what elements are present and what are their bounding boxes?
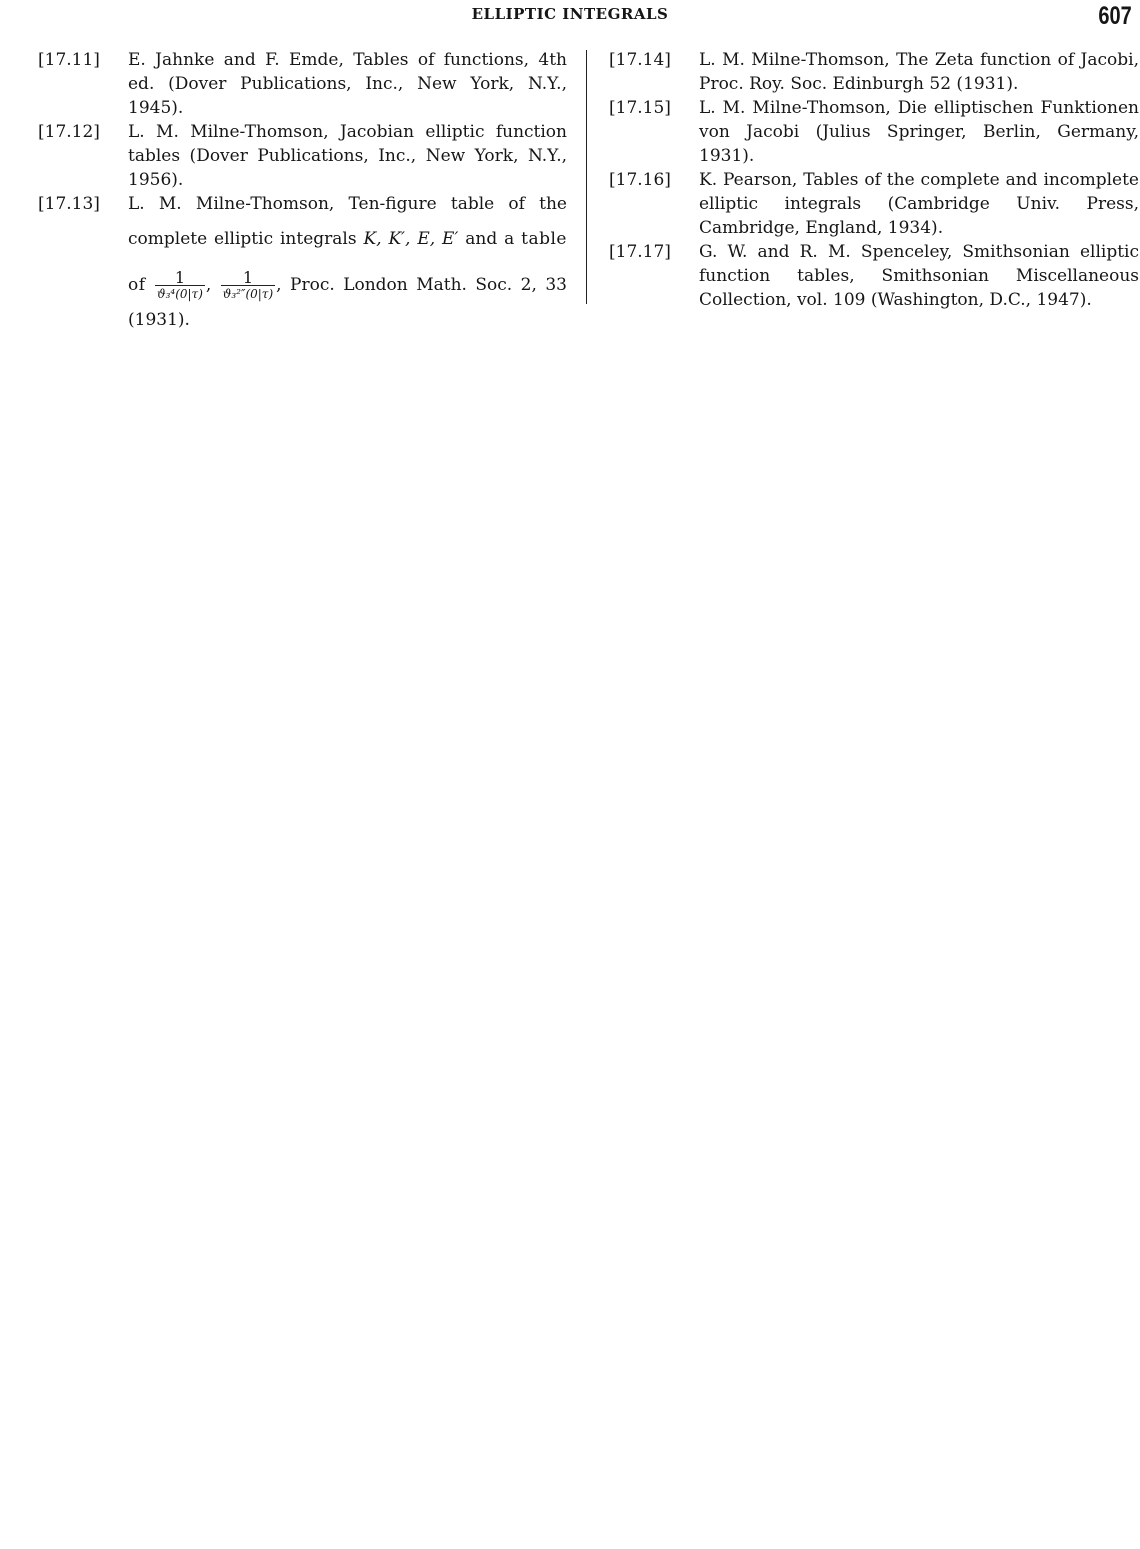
reference-17-13: [17.13] L. M. Milne-Thomson, Ten-figure … bbox=[38, 192, 567, 332]
running-header: ELLIPTIC INTEGRALS 607 bbox=[0, 2, 1140, 32]
running-title: ELLIPTIC INTEGRALS bbox=[0, 5, 1140, 23]
column-divider bbox=[586, 50, 587, 304]
reference-text: K. Pearson, Tables of the complete and i… bbox=[699, 168, 1139, 240]
reference-column-right: [17.14] L. M. Milne-Thomson, The Zeta fu… bbox=[609, 48, 1139, 312]
reference-tag: [17.13] bbox=[38, 192, 100, 216]
reference-text: L. M. Milne-Thomson, Die elliptischen Fu… bbox=[699, 96, 1139, 168]
fraction-denominator: ϑ₃⁴(0|τ) bbox=[155, 286, 205, 301]
reference-text: L. M. Milne-Thomson, Jacobian elliptic f… bbox=[128, 120, 567, 192]
reference-tag: [17.16] bbox=[609, 168, 671, 192]
fraction-numerator: 1 bbox=[155, 271, 205, 286]
reference-tag: [17.17] bbox=[609, 240, 671, 264]
reference-text-and-a: and a bbox=[465, 229, 514, 249]
reference-text: L. M. Milne-Thomson, Ten-figure table of… bbox=[128, 192, 567, 332]
reference-tag: [17.15] bbox=[609, 96, 671, 120]
reference-column-left: [17.11] E. Jahnke and F. Emde, Tables of… bbox=[38, 48, 567, 332]
reference-tag: [17.14] bbox=[609, 48, 671, 72]
reference-17-14: [17.14] L. M. Milne-Thomson, The Zeta fu… bbox=[609, 48, 1139, 96]
reference-17-16: [17.16] K. Pearson, Tables of the comple… bbox=[609, 168, 1139, 240]
reference-17-12: [17.12] L. M. Milne-Thomson, Jacobian el… bbox=[38, 120, 567, 192]
reference-text: L. M. Milne-Thomson, The Zeta function o… bbox=[699, 48, 1139, 96]
fraction-denominator: ϑ₃²″(0|τ) bbox=[221, 286, 275, 301]
reference-17-17: [17.17] G. W. and R. M. Spenceley, Smith… bbox=[609, 240, 1139, 312]
fraction-theta-2: 1 ϑ₃²″(0|τ) bbox=[221, 271, 275, 301]
fraction-theta-1: 1 ϑ₃⁴(0|τ) bbox=[155, 271, 205, 301]
reference-text: E. Jahnke and F. Emde, Tables of functio… bbox=[128, 48, 567, 120]
page-number: 607 bbox=[1099, 2, 1132, 31]
math-symbols: K, K′, E, E′ bbox=[363, 229, 458, 249]
fraction-numerator: 1 bbox=[221, 271, 275, 286]
reference-17-15: [17.15] L. M. Milne-Thomson, Die ellipti… bbox=[609, 96, 1139, 168]
reference-text: G. W. and R. M. Spenceley, Smithsonian e… bbox=[699, 240, 1139, 312]
reference-tag: [17.11] bbox=[38, 48, 100, 72]
reference-17-11: [17.11] E. Jahnke and F. Emde, Tables of… bbox=[38, 48, 567, 120]
reference-tag: [17.12] bbox=[38, 120, 100, 144]
